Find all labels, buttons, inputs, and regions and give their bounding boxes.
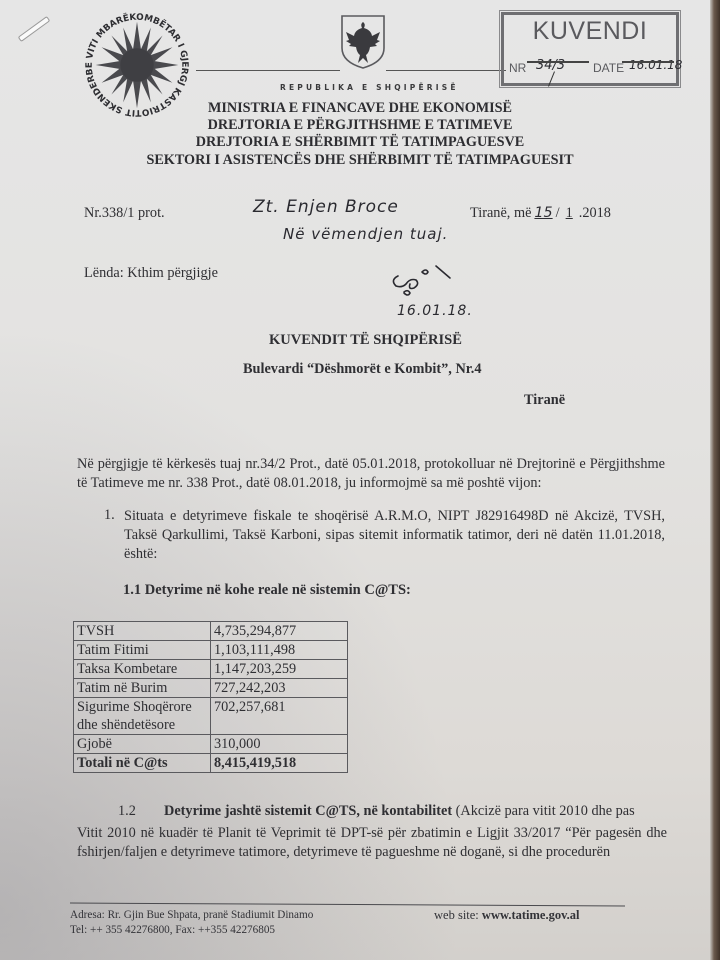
table-cell-value: 727,242,203 [211, 679, 348, 698]
item-1-number: 1. [104, 507, 115, 524]
intro-paragraph: Në përgjigje të kërkesës tuaj nr.34/2 Pr… [77, 455, 665, 493]
table-total-row: Totali në C@ts 8,415,419,518 [74, 754, 348, 773]
subject-line: Lënda: Kthim përgjigje [84, 265, 218, 282]
section-1-2-number: 1.2 [118, 803, 136, 820]
handwritten-note: Në vëmendjen tuaj. [283, 225, 448, 243]
place-label: Tiranë, më [470, 205, 531, 221]
stamp-title: KUVENDI [504, 17, 676, 46]
table-row: Tatim Fitimi 1,103,111,498 [74, 641, 348, 660]
table-total-value: 8,415,419,518 [211, 754, 348, 773]
date-month: 1 [560, 205, 579, 221]
stamp-slash-mark [548, 71, 555, 86]
table-cell-value: 1,103,111,498 [211, 641, 348, 660]
section-1-2-title: Detyrime jashtë sistemit C@TS, në kontab… [164, 803, 452, 819]
desk-edge [710, 0, 720, 960]
table-cell-label: Gjobë [74, 735, 211, 754]
place-date: Tiranë, më15/1.2018 [470, 205, 611, 222]
ministry-line-2: DREJTORIA E PËRGJITHSHME E TATIMEVE [110, 117, 610, 134]
table-row: Taksa Kombetare 1,147,203,259 [74, 660, 348, 679]
table-cell-label: Tatim Fitimi [74, 641, 211, 660]
section-1-2-lead: (Akcizë para vitit 2010 dhe pas [452, 803, 635, 819]
table-cell-label: Tatim në Burim [74, 679, 211, 698]
handwritten-date: 16.01.18. [397, 303, 473, 319]
tax-obligations-table: TVSH 4,735,294,877 Tatim Fitimi 1,103,11… [73, 621, 348, 773]
footer-phone: Tel: ++ 355 42276800, Fax: ++355 4227680… [70, 924, 275, 936]
stamp-date-label: DATE [593, 61, 624, 75]
table-cell-value: 702,257,681 [211, 698, 348, 735]
table-cell-value: 310,000 [211, 735, 348, 754]
stamp-nr-underline [527, 61, 589, 63]
stamp-nr-label: NR [509, 61, 526, 75]
handwritten-addressee: Zt. Enjen Broce [253, 197, 399, 217]
ministry-line-3: DREJTORIA E SHËRBIMIT TË TATIMPAGUESVE [110, 134, 610, 151]
item-1-text: Situata e detyrimeve fiskale te shoqëris… [124, 507, 665, 564]
table-row: Sigurime Shoqërore dhe shëndetësore 702,… [74, 698, 348, 735]
recipient-name: KUVENDIT TË SHQIPËRISË [269, 332, 462, 349]
section-1-2-first-line: Detyrime jashtë sistemit C@TS, në kontab… [164, 803, 635, 820]
table-row: Gjobë 310,000 [74, 735, 348, 754]
table-total-label: Totali në C@ts [74, 754, 211, 773]
kuvendi-receipt-stamp: KUVENDI NR DATE 34/3 16.01.18 [501, 12, 679, 86]
country-name: REPUBLIKA E SHQIPËRISË [280, 83, 459, 92]
ministry-line-1: MINISTRIA E FINANCAVE DHE EKONOMISË [110, 100, 610, 117]
table-cell-value: 4,735,294,877 [211, 622, 348, 641]
stamp-date-underline [622, 61, 674, 63]
table-cell-label: TVSH [74, 622, 211, 641]
table-row: TVSH 4,735,294,877 [74, 622, 348, 641]
table-cell-label: Taksa Kombetare [74, 660, 211, 679]
protocol-number: Nr.338/1 prot. [84, 205, 165, 222]
footer-address: Adresa: Rr. Gjin Bue Shpata, pranë Stadi… [70, 909, 313, 921]
eagle-emblem-icon [340, 14, 386, 70]
letterhead-rule-left [196, 70, 340, 71]
table-row: Tatim në Burim 727,242,203 [74, 679, 348, 698]
footer-web-label: web site: [434, 908, 479, 922]
footer-web: web site: www.tatime.gov.al [434, 908, 579, 923]
recipient-address: Bulevardi “Dëshmorët e Kombit”, Nr.4 [243, 361, 482, 378]
table-cell-label: Sigurime Shoqërore dhe shëndetësore [74, 698, 211, 735]
table-cell-value: 1,147,203,259 [211, 660, 348, 679]
date-day: 15 [531, 205, 555, 221]
section-1-1-title: 1.1 Detyrime në kohe reale në sistemin C… [123, 582, 411, 598]
section-1-2-text: Vitit 2010 në kuadër të Planit të Veprim… [77, 824, 667, 862]
date-year: .2018 [579, 205, 611, 221]
section-1-1-heading: 1.1 Detyrime në kohe reale në sistemin C… [123, 582, 411, 599]
ministry-line-4: SEKTORI I ASISTENCËS DHE SHËRBIMIT TË TA… [110, 152, 610, 169]
footer-web-url[interactable]: www.tatime.gov.al [482, 908, 580, 922]
coat-of-arms [340, 14, 386, 70]
letterhead-rule-right [386, 70, 506, 71]
recipient-city: Tiranë [524, 392, 565, 409]
signature-icon [384, 262, 454, 302]
